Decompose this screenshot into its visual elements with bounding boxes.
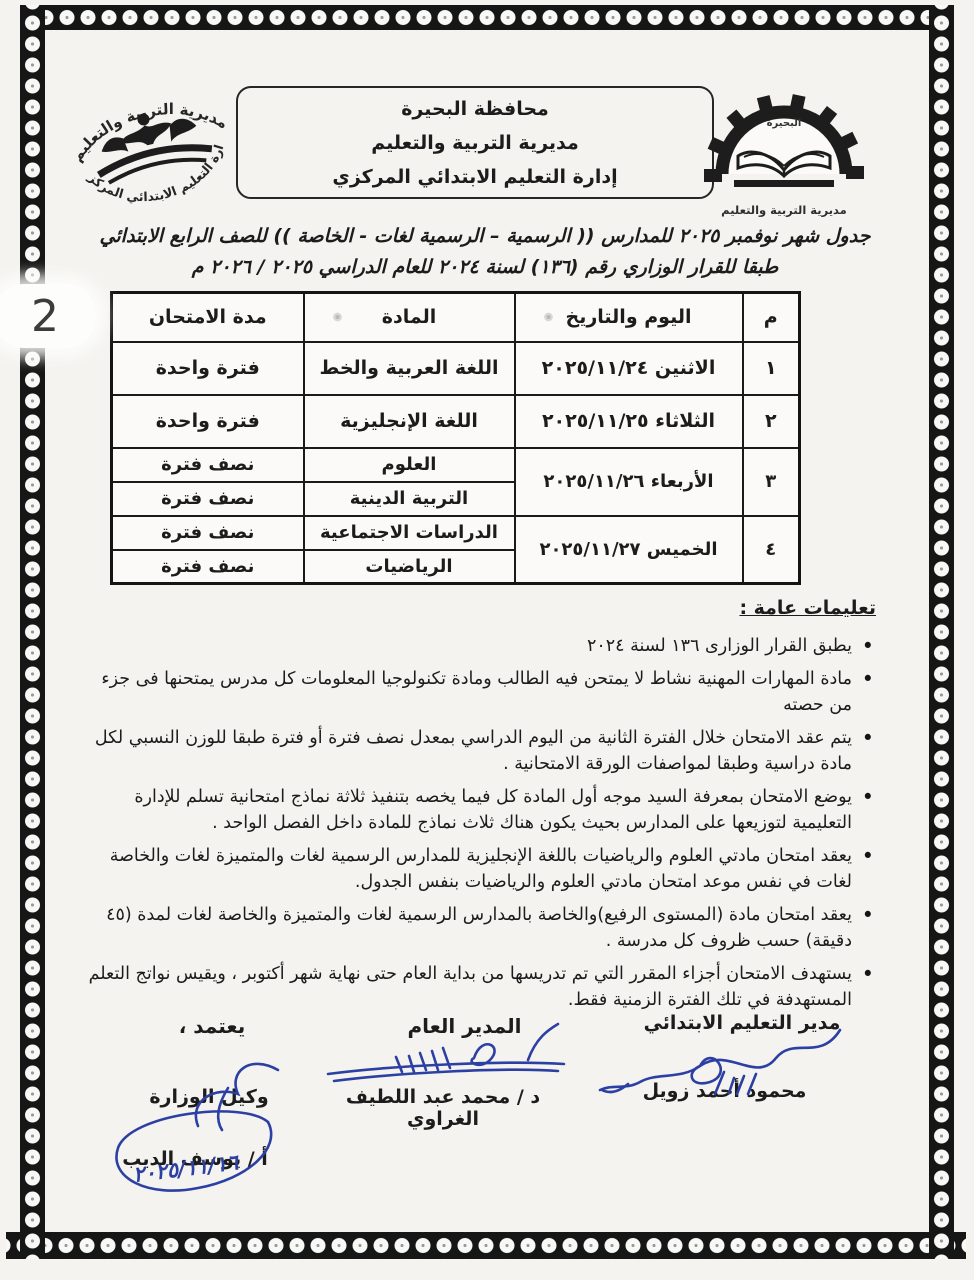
table-row: ٣ الأربعاء ٢٠٢٥/١١/٢٦ العلوم نصف فترة [112, 448, 800, 482]
instructions-heading: تعليمات عامة : [739, 597, 876, 619]
administration-line: إدارة التعليم الابتدائي المركزي [332, 160, 617, 194]
signatory-right-name: محمود أحمد زويل [612, 1080, 837, 1102]
governorate-line: محافظة البحيرة [401, 92, 549, 126]
row-day: الثلاثاء ٢٠٢٥/١١/٢٥ [515, 395, 743, 448]
row-subject: التربية الدينية [304, 482, 515, 516]
rosette-border-top [20, 5, 954, 30]
instruction-item: يستهدف الامتحان أجزاء المقرر التي تم تدر… [82, 961, 882, 1013]
row-day: الخميس ٢٠٢٥/١١/٢٧ [515, 516, 743, 584]
row-duration: فترة واحدة [112, 342, 304, 395]
approval-label: يعتمد ، [142, 1014, 282, 1038]
signatory-right-title: مدير التعليم الابتدائي [602, 1012, 882, 1034]
letterhead-box: محافظة البحيرة مديرية التربية والتعليم إ… [236, 86, 714, 199]
gear-book-icon: البحيرة [698, 74, 870, 196]
signature-scribble-left: ٢٠٢٥/١١/١٦ [82, 1052, 307, 1227]
row-duration: نصف فترة [112, 550, 304, 584]
document-title: جدول شهر نوفمبر ٢٠٢٥ للمدارس (( الرسمية … [88, 221, 882, 283]
signatory-center-title: المدير العام [362, 1014, 567, 1038]
row-serial: ٣ [743, 448, 800, 516]
row-serial: ٤ [743, 516, 800, 584]
row-duration: نصف فترة [112, 482, 304, 516]
instruction-item: يعقد امتحان مادة (المستوى الرفيع)والخاصة… [82, 902, 882, 954]
general-instructions: تعليمات عامة : يطبق القرار الوزارى ١٣٦ ل… [82, 597, 882, 1020]
row-subject: اللغة العربية والخط [304, 342, 515, 395]
row-subject: اللغة الإنجليزية [304, 395, 515, 448]
table-row: ٤ الخميس ٢٠٢٥/١١/٢٧ الدراسات الاجتماعية … [112, 516, 800, 550]
rosette-border-left [20, 5, 45, 1259]
instruction-item: مادة المهارات المهنية نشاط لا يمتحن فيه … [82, 666, 882, 718]
rosette-border-bottom [6, 1232, 966, 1259]
row-subject: العلوم [304, 448, 515, 482]
row-duration: فترة واحدة [112, 395, 304, 448]
header-serial: م [743, 293, 800, 342]
directorate-gear-logo: البحيرة مديرية التربية والتعليم [698, 74, 870, 217]
instructions-list: يطبق القرار الوزارى ١٣٦ لسنة ٢٠٢٤ مادة ا… [82, 633, 882, 1013]
signatory-center-name: د / محمد عبد اللطيف الغراوي [312, 1086, 574, 1130]
ink-smudge [544, 313, 553, 322]
table-row: ١ الاثنين ٢٠٢٥/١١/٢٤ اللغة العربية والخط… [112, 342, 800, 395]
instruction-item: يتم عقد الامتحان خلال الفترة الثانية من … [82, 725, 882, 777]
row-duration: نصف فترة [112, 448, 304, 482]
signatory-left-title: وكيل الوزارة [133, 1086, 285, 1108]
page-number: 2 [31, 291, 59, 342]
instruction-item: يعقد امتحان مادتي العلوم والرياضيات بالل… [82, 843, 882, 895]
rosette-border-right [929, 5, 954, 1259]
ink-smudge [333, 313, 342, 322]
signatory-left-name: أ / يوسف الديب [100, 1148, 290, 1170]
row-serial: ١ [743, 342, 800, 395]
row-day: الاثنين ٢٠٢٥/١١/٢٤ [515, 342, 743, 395]
row-day: الأربعاء ٢٠٢٥/١١/٢٦ [515, 448, 743, 516]
header-subject: المادة [304, 293, 515, 342]
row-duration: نصف فترة [112, 516, 304, 550]
gear-logo-caption: مديرية التربية والتعليم [698, 203, 870, 217]
title-line-1: جدول شهر نوفمبر ٢٠٢٥ للمدارس (( الرسمية … [88, 221, 882, 252]
row-subject: الرياضيات [304, 550, 515, 584]
exam-schedule-table: م اليوم والتاريخ المادة مدة الامتحان ١ ا… [110, 291, 801, 585]
page-number-badge: 2 [0, 284, 96, 348]
table-row: ٢ الثلاثاء ٢٠٢٥/١١/٢٥ اللغة الإنجليزية ف… [112, 395, 800, 448]
header-duration: مدة الامتحان [112, 293, 304, 342]
row-subject: الدراسات الاجتماعية [304, 516, 515, 550]
title-line-2: طبقا للقرار الوزاري رقم (١٣٦) لسنة ٢٠٢٤ … [88, 252, 882, 283]
gear-logo-top-label: البحيرة [767, 118, 802, 129]
scanned-exam-schedule-document: 2 مديرية التربية والتعليم ادارة التعليم … [0, 0, 974, 1280]
header-day-date: اليوم والتاريخ [515, 293, 743, 342]
row-serial: ٢ [743, 395, 800, 448]
instruction-item: يوضع الامتحان بمعرفة السيد موجه أول الما… [82, 784, 882, 836]
instruction-item: يطبق القرار الوزارى ١٣٦ لسنة ٢٠٢٤ [82, 633, 882, 659]
directorate-line: مديرية التربية والتعليم [371, 126, 579, 160]
